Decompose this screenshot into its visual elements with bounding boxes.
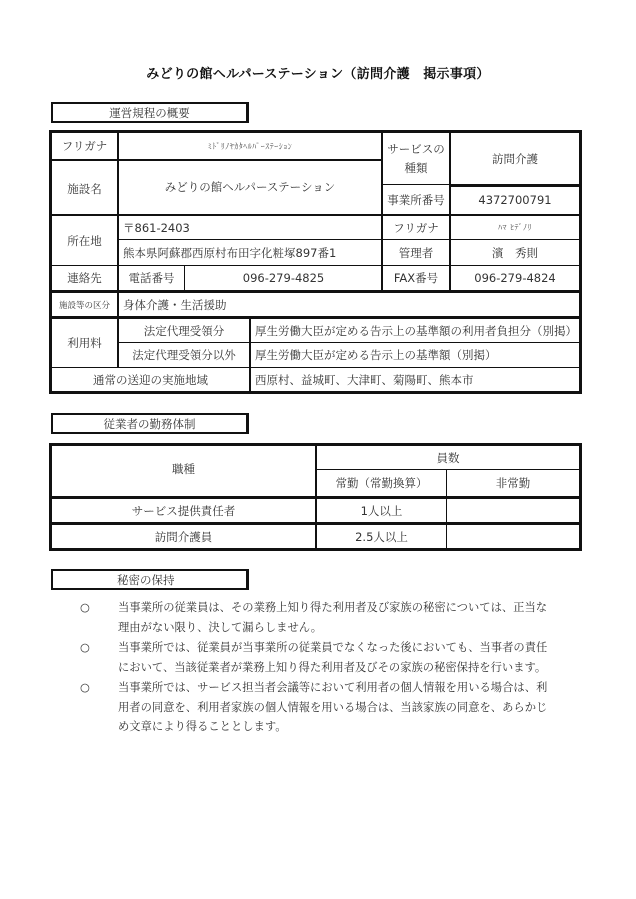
item-line: において、当該従業者が業務上知り得た利用者及びその家族の秘密保持を行います。 xyxy=(118,658,580,678)
manager-label: 管理者 xyxy=(383,240,449,265)
confidentiality-item: ○ 当事業所では、従業員が当事業所の従業員でなくなった後においても、当事者の責任… xyxy=(80,638,580,677)
grid-line xyxy=(184,265,185,291)
office-number-value: 4372700791 xyxy=(451,187,579,213)
staff-row-job: サービス提供責任者 xyxy=(52,499,315,522)
grid-line xyxy=(49,290,582,293)
col-fulltime-header: 常勤（常勤換算） xyxy=(317,470,446,496)
circle-bullet-icon: ○ xyxy=(80,678,90,698)
furigana-label: フリガナ xyxy=(52,133,117,159)
fax-label: FAX番号 xyxy=(383,266,449,290)
fee-row-value: 厚生労働大臣が定める告示上の基準額の利用者負担分（別掲） xyxy=(251,319,579,342)
facility-name-value: みどりの館ヘルパーステーション xyxy=(119,161,381,216)
grid-line xyxy=(117,342,582,343)
manager-furigana-label: フリガナ xyxy=(383,216,449,239)
fee-row-value: 厚生労働大臣が定める告示上の基準額（別掲） xyxy=(251,343,579,367)
facility-name-label: 施設名 xyxy=(52,161,117,216)
staff-row-parttime xyxy=(447,499,579,522)
service-type-label-line1: サービスの xyxy=(387,141,445,157)
address-label: 所在地 xyxy=(52,216,117,265)
section-label-staff-structure: 従業者の勤務体制 xyxy=(51,413,249,434)
grid-line xyxy=(49,367,582,368)
grid-line xyxy=(249,316,251,394)
service-type-label: サービスの 種類 xyxy=(383,133,449,184)
grid-line xyxy=(315,443,317,551)
col-count-header: 員数 xyxy=(317,446,579,469)
grid-line xyxy=(315,469,582,470)
item-line: 当事業所では、従業員が当事業所の従業員でなくなった後においても、当事者の責任 xyxy=(118,638,580,658)
fee-row-label: 法定代理受領分以外 xyxy=(119,343,249,367)
contact-label: 連絡先 xyxy=(52,266,117,290)
table-border xyxy=(49,130,52,394)
service-type-label-line2: 種類 xyxy=(405,160,428,176)
grid-line xyxy=(49,316,582,319)
furigana-value: ﾐﾄﾞﾘﾉﾔｶﾀﾍﾙﾊﾟｰｽﾃｰｼｮﾝ xyxy=(119,133,381,159)
office-number-label: 事業所番号 xyxy=(383,187,449,213)
confidentiality-item: ○ 当事業所の従業員は、その業務上知り得た利用者及び家族の秘密については、正当な… xyxy=(80,598,580,637)
grid-line xyxy=(49,214,582,216)
grid-line xyxy=(117,130,119,368)
staff-row-job: 訪問介護員 xyxy=(52,525,315,548)
item-line: 理由がない限り、決して漏らしません。 xyxy=(118,618,580,638)
phone-label: 電話番号 xyxy=(119,266,184,290)
circle-bullet-icon: ○ xyxy=(80,638,90,658)
manager-value: 濱 秀則 xyxy=(451,240,579,265)
staff-row-fulltime: 2.5人以上 xyxy=(317,525,446,548)
fee-row-label: 法定代理受領分 xyxy=(119,319,249,342)
grid-line xyxy=(383,184,449,185)
item-line: 用者の同意を、利用者家族の個人情報を用いる場合は、当該家族の同意を、あらかじ xyxy=(118,698,580,718)
item-line: 当事業所の従業員は、その業務上知り得た利用者及び家族の秘密については、正当な xyxy=(118,598,580,618)
item-line: 当事業所では、サービス担当者会議等において利用者の個人情報を用いる場合は、利 xyxy=(118,678,580,698)
transport-area-value: 西原村、益城町、大津町、菊陽町、熊本市 xyxy=(251,368,579,391)
grid-line xyxy=(449,184,582,187)
phone-value: 096-279-4825 xyxy=(186,266,381,290)
category-value: 身体介護・生活援助 xyxy=(119,293,579,316)
col-job-header: 職種 xyxy=(52,446,315,496)
staff-row-parttime xyxy=(447,525,579,548)
fax-value: 096-279-4824 xyxy=(451,266,579,290)
col-parttime-header: 非常勤 xyxy=(447,470,579,496)
table-border xyxy=(49,130,582,133)
manager-furigana-value: ﾊﾏ ﾋﾃﾞﾉﾘ xyxy=(451,216,579,239)
grid-line xyxy=(446,469,447,551)
staff-table: 職種 員数 常勤（常勤換算） 非常勤 サービス提供責任者 1人以上 訪問介護員 … xyxy=(49,443,582,551)
grid-line xyxy=(49,265,582,266)
address-value: 熊本県阿蘇郡西原村布田字化粧塚897番1 xyxy=(119,240,381,265)
grid-line xyxy=(381,130,383,290)
grid-line xyxy=(449,130,451,290)
operation-rules-table: フリガナ ﾐﾄﾞﾘﾉﾔｶﾀﾍﾙﾊﾟｰｽﾃｰｼｮﾝ 施設名 みどりの館ヘルパーステ… xyxy=(49,130,582,394)
transport-area-label: 通常の送迎の実施地域 xyxy=(52,368,249,391)
staff-row-fulltime: 1人以上 xyxy=(317,499,446,522)
page-title: みどりの館ヘルパーステーション（訪問介護 掲示事項） xyxy=(0,63,636,82)
postal-code: 〒861-2403 xyxy=(119,216,381,239)
service-type-value: 訪問介護 xyxy=(451,133,579,184)
confidentiality-item: ○ 当事業所では、サービス担当者会議等において利用者の個人情報を用いる場合は、利… xyxy=(80,678,580,737)
fee-label: 利用料 xyxy=(52,319,117,367)
table-border xyxy=(49,391,582,394)
section-label-operation-rules: 運営規程の概要 xyxy=(51,102,249,123)
item-line: め文章により得ることとします。 xyxy=(118,717,580,737)
category-label: 施設等の区分 xyxy=(52,293,117,316)
section-label-confidentiality: 秘密の保持 xyxy=(51,569,249,590)
grid-line xyxy=(49,159,383,161)
table-border xyxy=(579,130,582,394)
circle-bullet-icon: ○ xyxy=(80,598,90,618)
grid-line xyxy=(117,239,582,240)
